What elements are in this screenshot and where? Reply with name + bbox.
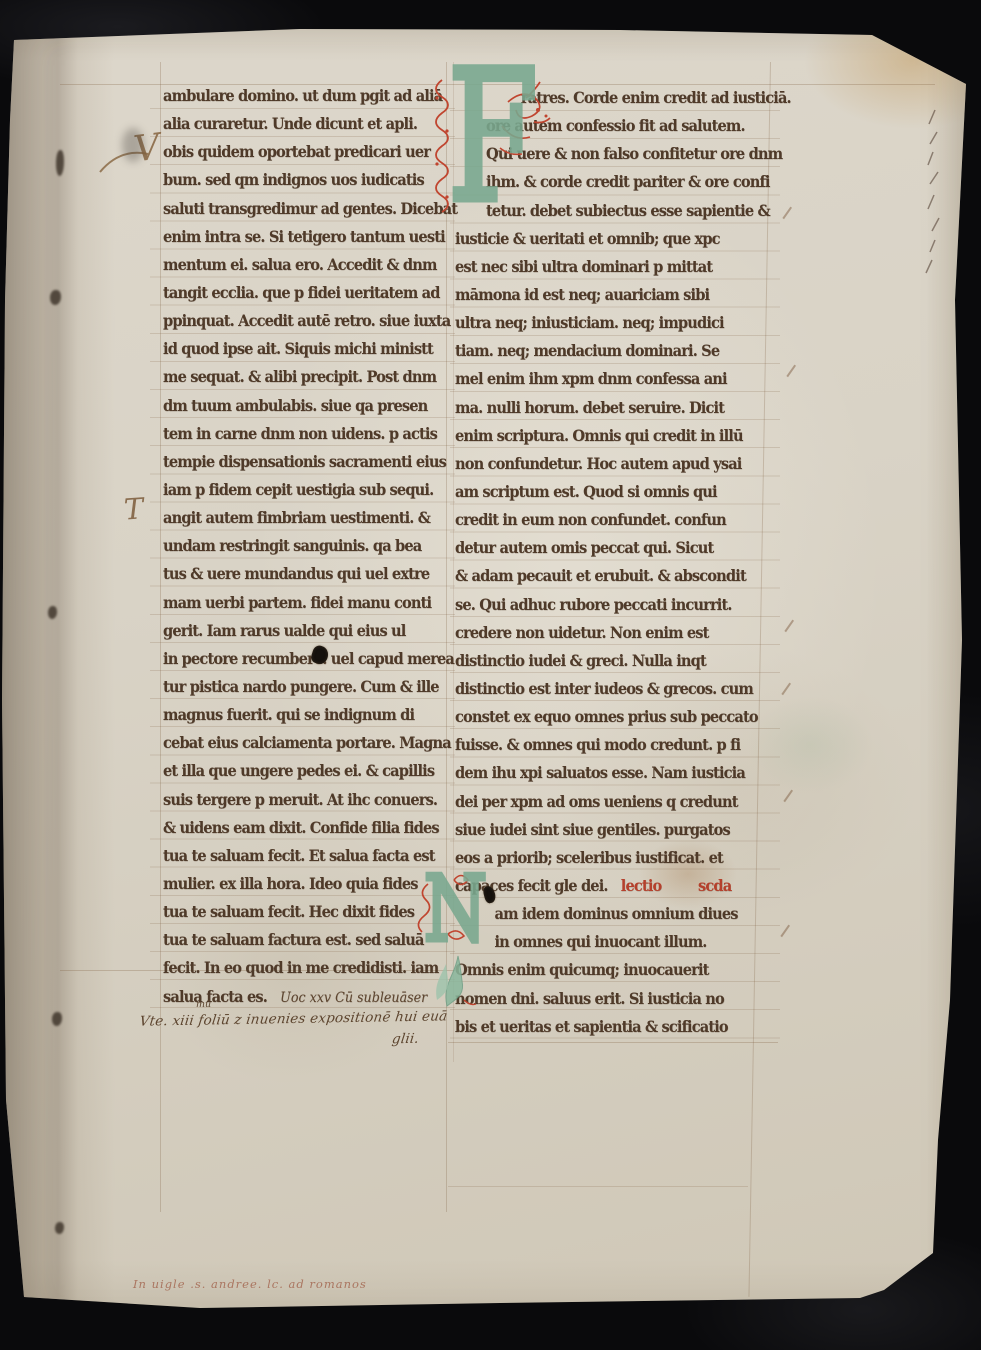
- ink-smudge: [122, 128, 144, 162]
- text-line: dm tuum ambulabis. siue qa presen: [163, 392, 431, 420]
- ruling-line: [448, 1186, 748, 1187]
- text-line: tua te saluam factura est. sed saluā: [163, 926, 431, 954]
- text-line: enim intra se. Si tetigero tantum uesti: [163, 223, 431, 251]
- text-line: et illa que ungere pedes ei. & capillis: [163, 757, 431, 785]
- text-line: mentum ei. salua ero. Accedit & dnm: [163, 251, 431, 279]
- incipit-reference: Uoc xxv Cū subleuāser: [280, 990, 427, 1006]
- text-line: tiam. neq; mendacium dominari. Se: [455, 337, 751, 365]
- text-line: in pectore recumbere. uel capud merea: [163, 645, 431, 673]
- ruling-line: [448, 1042, 778, 1043]
- text-line: alia curaretur. Unde dicunt et apli.: [163, 110, 431, 138]
- text-line: tem in carne dnm non uidens. p actis: [163, 420, 431, 448]
- text-line: fuisse. & omnes qui modo credunt. p fi: [455, 731, 751, 759]
- text-line: credere non uidetur. Non enim est: [455, 619, 751, 647]
- text-line: tempie dispensationis sacramenti eius: [163, 448, 431, 476]
- text-line: ma. nulli horum. debet seruire. Dicit: [455, 394, 751, 422]
- ruling-line-vertical: [160, 62, 161, 1212]
- text-line: mel enim ihm xpm dnm confessa ani: [455, 365, 751, 393]
- text-line: credit in eum non confundet. confun: [455, 506, 751, 534]
- text-line: undam restringit sanguinis. qa bea: [163, 532, 431, 560]
- text-line: cebat eius calciamenta portare. Magna: [163, 729, 431, 757]
- text-line: ultra neq; iniusticiam. neq; impudici: [455, 309, 751, 337]
- text-line: mam uerbi partem. fidei manu conti: [163, 589, 431, 617]
- text-line: id quod ipse ait. Siquis michi ministt: [163, 335, 431, 363]
- addendum-note-line2: glii.: [391, 1031, 420, 1047]
- text-line: gerit. Iam rarus ualde qui eius ul: [163, 617, 431, 645]
- text-line: enim scriptura. Omnis qui credit in illū: [455, 422, 751, 450]
- text-line: angit autem fimbriam uestimenti. &: [163, 504, 431, 532]
- liturgical-rubric-note: In uigle .s. andree. lc. ad romanos: [133, 1277, 367, 1291]
- text-line: am scriptum est. Quod si omnis qui: [455, 478, 751, 506]
- marginal-initial-T: T: [123, 491, 145, 526]
- text-line: bum. sed qm indignos uos iudicatis: [163, 166, 431, 194]
- text-line: obis quidem oportebat predicari uer: [163, 138, 431, 166]
- text-line: suis tergere p meruit. At ihc conuers.: [163, 786, 431, 814]
- text-line: māmona id est neq; auariciam sibi: [455, 281, 751, 309]
- text-line: tus & uere mundandus qui uel extre: [163, 560, 431, 588]
- text-line: tua te saluam fecit. Hec dixit fides: [163, 898, 431, 926]
- text-line: iam p fidem cepit uestigia sub sequi.: [163, 476, 431, 504]
- text-line: est nec sibi ultra dominari p mittat: [455, 253, 751, 281]
- text-line: dei per xpm ad oms ueniens q credunt: [455, 788, 751, 816]
- text-line: dem ihu xpi saluatos esse. Nam iusticia: [455, 759, 751, 787]
- text-line: distinctio est inter iudeos & grecos. cu…: [455, 675, 751, 703]
- text-line: tua te saluam fecit. Et salua facta est: [163, 842, 431, 870]
- text-line: ambulare domino. ut dum pgit ad aliā: [163, 82, 431, 110]
- text-line: se. Qui adhuc rubore peccati incurrit.: [455, 591, 751, 619]
- text-line: fecit. In eo quod in me credidisti. iam: [163, 954, 431, 982]
- column2-lines: iusticie & ueritati et omnib; que xpcest…: [455, 225, 770, 872]
- manuscript-photo: ambulare domino. ut dum pgit ad aliāalia…: [0, 0, 981, 1350]
- decorated-initial-N: N: [424, 865, 487, 955]
- text-line: & uidens eam dixit. Confide filia fides: [163, 814, 431, 842]
- rubric-secunda: scda: [698, 876, 731, 895]
- text-line: siue iudei sint siue gentiles. purgatos: [455, 816, 751, 844]
- text-line: me sequat. & alibi precipit. Post dnm: [163, 363, 431, 391]
- text-line: constet ex equo omnes prius sub peccato: [455, 703, 751, 731]
- column1-lines: ambulare domino. ut dum pgit ad aliāalia…: [163, 82, 448, 983]
- text-line: & adam pecauit et erubuit. & abscondit: [455, 562, 751, 590]
- text-column-left: ambulare domino. ut dum pgit ad aliāalia…: [163, 82, 448, 1011]
- text-line: ppinquat. Accedit autē retro. siue iuxta: [163, 307, 431, 335]
- text-line: non confundetur. Hoc autem apud ysai: [455, 450, 751, 478]
- text-line: mulier. ex illa hora. Ideo quia fides: [163, 870, 431, 898]
- text-line: saluti transgredimur ad gentes. Dicebat: [163, 195, 431, 223]
- decorated-initial-F: F: [448, 48, 538, 228]
- rubric-lectio: lectio: [621, 876, 662, 895]
- text-line: detur autem omis peccat qui. Sicut: [455, 534, 751, 562]
- fore-edge-marks: [905, 100, 955, 320]
- finale-text: salua facta es.: [163, 987, 267, 1006]
- text-line: tangit ecclia. que p fidei ueritatem ad: [163, 279, 431, 307]
- text-line: tur pistica nardo pungere. Cum & ille: [163, 673, 431, 701]
- text-line: distinctio iudei & greci. Nulla inqt: [455, 647, 751, 675]
- interlinear-correction: mū: [196, 999, 211, 1010]
- text-line: magnus fuerit. qui se indignum di: [163, 701, 431, 729]
